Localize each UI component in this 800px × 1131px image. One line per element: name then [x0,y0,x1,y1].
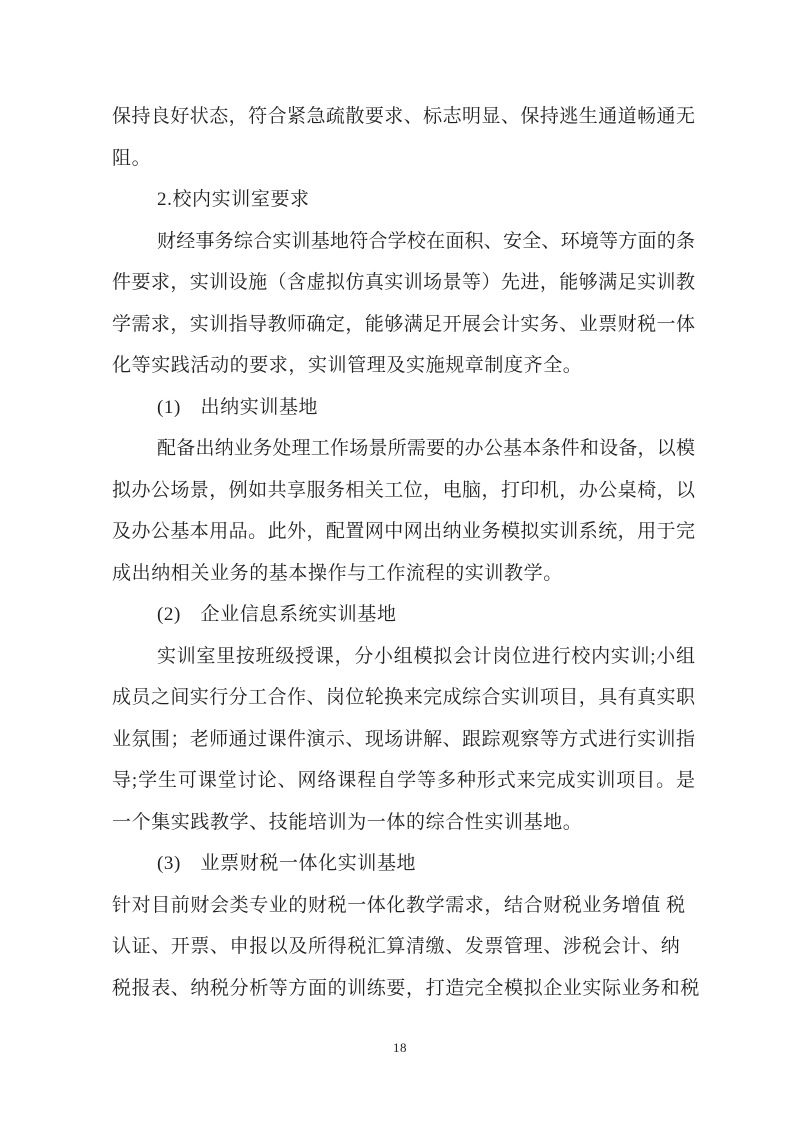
text-line: 及办公基本用品。此外，配置网中网出纳业务模拟实训系统，用于完 [112,511,695,553]
text-line: 成出纳相关业务的基本操作与工作流程的实训教学。 [112,553,695,595]
section-heading: (2) 企业信息系统实训基地 [112,594,695,636]
text-line: 导;学生可课堂讨论、网络课程自学等多种形式来完成实训项目。是 [112,760,695,802]
text-line: 实训室里按班级授课，分小组模拟会计岗位进行校内实训;小组 [112,636,695,678]
section-heading: (1) 出纳实训基地 [112,387,695,429]
text-line: 件要求，实训设施（含虚拟仿真实训场景等）先进，能够满足实训教 [112,262,695,304]
text-line: 财经事务综合实训基地符合学校在面积、安全、环境等方面的条 [112,221,695,263]
section-heading: 2.校内实训室要求 [112,179,695,221]
text-line: 成员之间实行分工合作、岗位轮换来完成综合实训项目，具有真实职 [112,677,695,719]
text-line: 针对目前财会类专业的财税一体化教学需求，结合财税业务增值 税 [112,885,695,927]
document-body: 保持良好状态，符合紧急疏散要求、标志明显、保持逃生通道畅通无阻。2.校内实训室要… [112,96,695,1009]
text-line: 配备出纳业务处理工作场景所需要的办公基本条件和设备，以模 [112,428,695,470]
text-line: 业氛围；老师通过课件演示、现场讲解、跟踪观察等方式进行实训指 [112,719,695,761]
text-line: 阻。 [112,138,695,180]
page-footer: 18 [0,1038,800,1058]
text-line: 拟办公场景，例如共享服务相关工位，电脑，打印机，办公桌椅，以 [112,470,695,512]
document-page: 保持良好状态，符合紧急疏散要求、标志明显、保持逃生通道畅通无阻。2.校内实训室要… [0,0,800,1131]
text-line: 保持良好状态，符合紧急疏散要求、标志明显、保持逃生通道畅通无 [112,96,695,138]
text-line: 税报表、纳税分析等方面的训练要，打造完全模拟企业实际业务和税 [112,968,695,1010]
section-heading: (3) 业票财税一体化实训基地 [112,843,695,885]
text-line: 一个集实践教学、技能培训为一体的综合性实训基地。 [112,802,695,844]
text-line: 学需求，实训指导教师确定，能够满足开展会计实务、业票财税一体 [112,304,695,346]
page-number: 18 [393,1040,407,1055]
text-line: 认证、开票、申报以及所得税汇算清缴、发票管理、涉税会计、纳 [112,926,695,968]
text-line: 化等实践活动的要求，实训管理及实施规章制度齐全。 [112,345,695,387]
